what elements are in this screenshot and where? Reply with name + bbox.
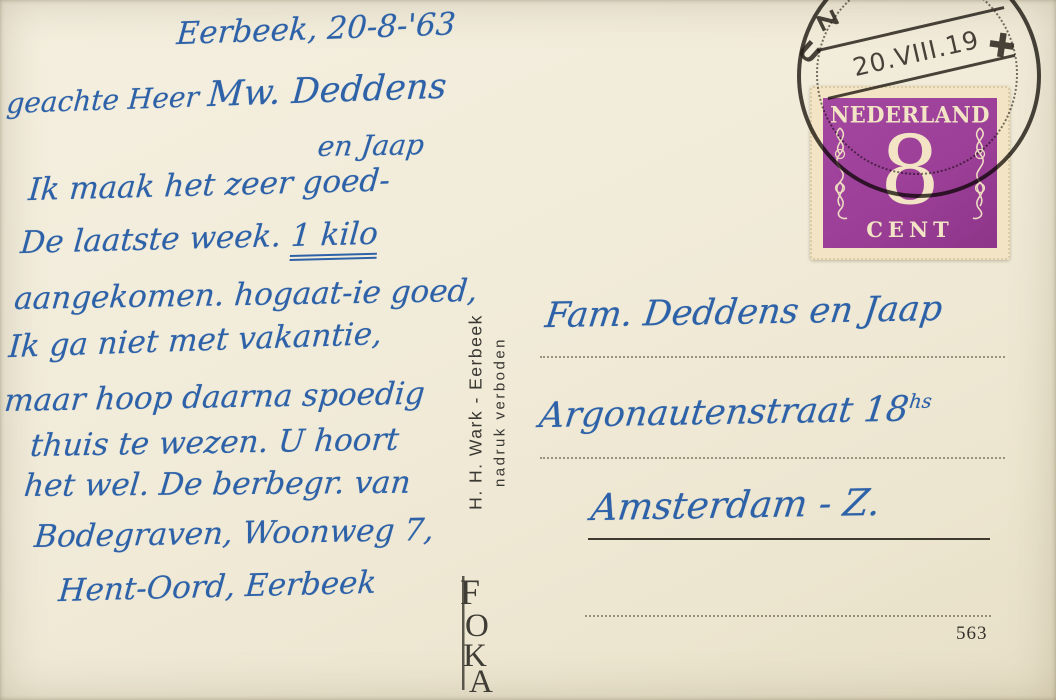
message-line: Ik ga niet met vakantie, [7, 316, 383, 365]
copyright-notice-text: nadruk verboden [492, 314, 509, 510]
salutation-line2: en Jaap [316, 128, 426, 163]
stamp-ornament-right-icon [965, 126, 995, 222]
city-underline [588, 538, 990, 540]
message-line2-prefix: De laatste week. [19, 218, 292, 261]
address-line-city: Amsterdam - Z. [589, 481, 883, 529]
message-line: De laatste week. 1 kilo [19, 216, 379, 261]
address-ruled-line [585, 615, 991, 617]
street-suffix: hs [908, 390, 933, 413]
postmark-cross-icon: ✚ [985, 24, 1018, 66]
postage-stamp: NEDERLAND 8 CENT [810, 86, 1010, 260]
postmark-town-letter: Z [810, 6, 844, 35]
stamp-country-text: NEDERLAND [830, 101, 990, 127]
stamp-value-text: 8 [880, 133, 940, 211]
handwritten-dateline: Eerbeek, 20-8-'63 [175, 6, 456, 52]
street-text: Argonautenstraat 18 [537, 390, 911, 437]
card-number: 563 [956, 623, 988, 645]
publisher-imprint: H. H. Wark - Eerbeek nadruk verboden [466, 314, 509, 510]
salutation-prefix: geachte Heer [5, 80, 209, 120]
address-line-recipient: Fam. Deddens en Jaap [543, 289, 945, 336]
address-line-street: Argonautenstraat 18hs [537, 389, 933, 436]
message-line: Hent-Oord, Eerbeek [57, 565, 378, 609]
salutation-name: Mw. Deddens [207, 67, 448, 115]
message-line: aangekomen. hogaat-ie goed, [13, 273, 479, 317]
message-line: Bodegraven, Woonweg 7, [33, 512, 436, 555]
logo-letter: F [460, 572, 480, 612]
logo-letter: A [469, 664, 493, 696]
address-ruled-line [540, 356, 1005, 358]
postcard-back: Eerbeek, 20-8-'63 geachte Heer Mw. Dedde… [0, 0, 1056, 700]
stamp-unit-text: CENT [866, 217, 954, 242]
address-ruled-line [540, 457, 1005, 459]
message-line: het wel. De berbegr. van [23, 465, 413, 504]
message-line: Ik maak het zeer goed- [27, 163, 391, 209]
stamp-ornament-left-icon [825, 126, 855, 222]
message-line: maar hoop daarna spoedig [3, 376, 426, 419]
publisher-name-text: H. H. Wark - Eerbeek [466, 314, 487, 510]
foka-logo-icon: F O K A [452, 570, 514, 696]
stamp-design: NEDERLAND 8 CENT [823, 98, 997, 248]
message-line: thuis te wezen. U hoort [29, 422, 401, 464]
postmark-date-text: 20.VIII.19 [850, 24, 982, 81]
message-line2-underlined: 1 kilo [289, 216, 379, 261]
postmark-town-letter: U [792, 35, 826, 70]
handwritten-salutation: geachte Heer Mw. Deddens [5, 67, 448, 122]
